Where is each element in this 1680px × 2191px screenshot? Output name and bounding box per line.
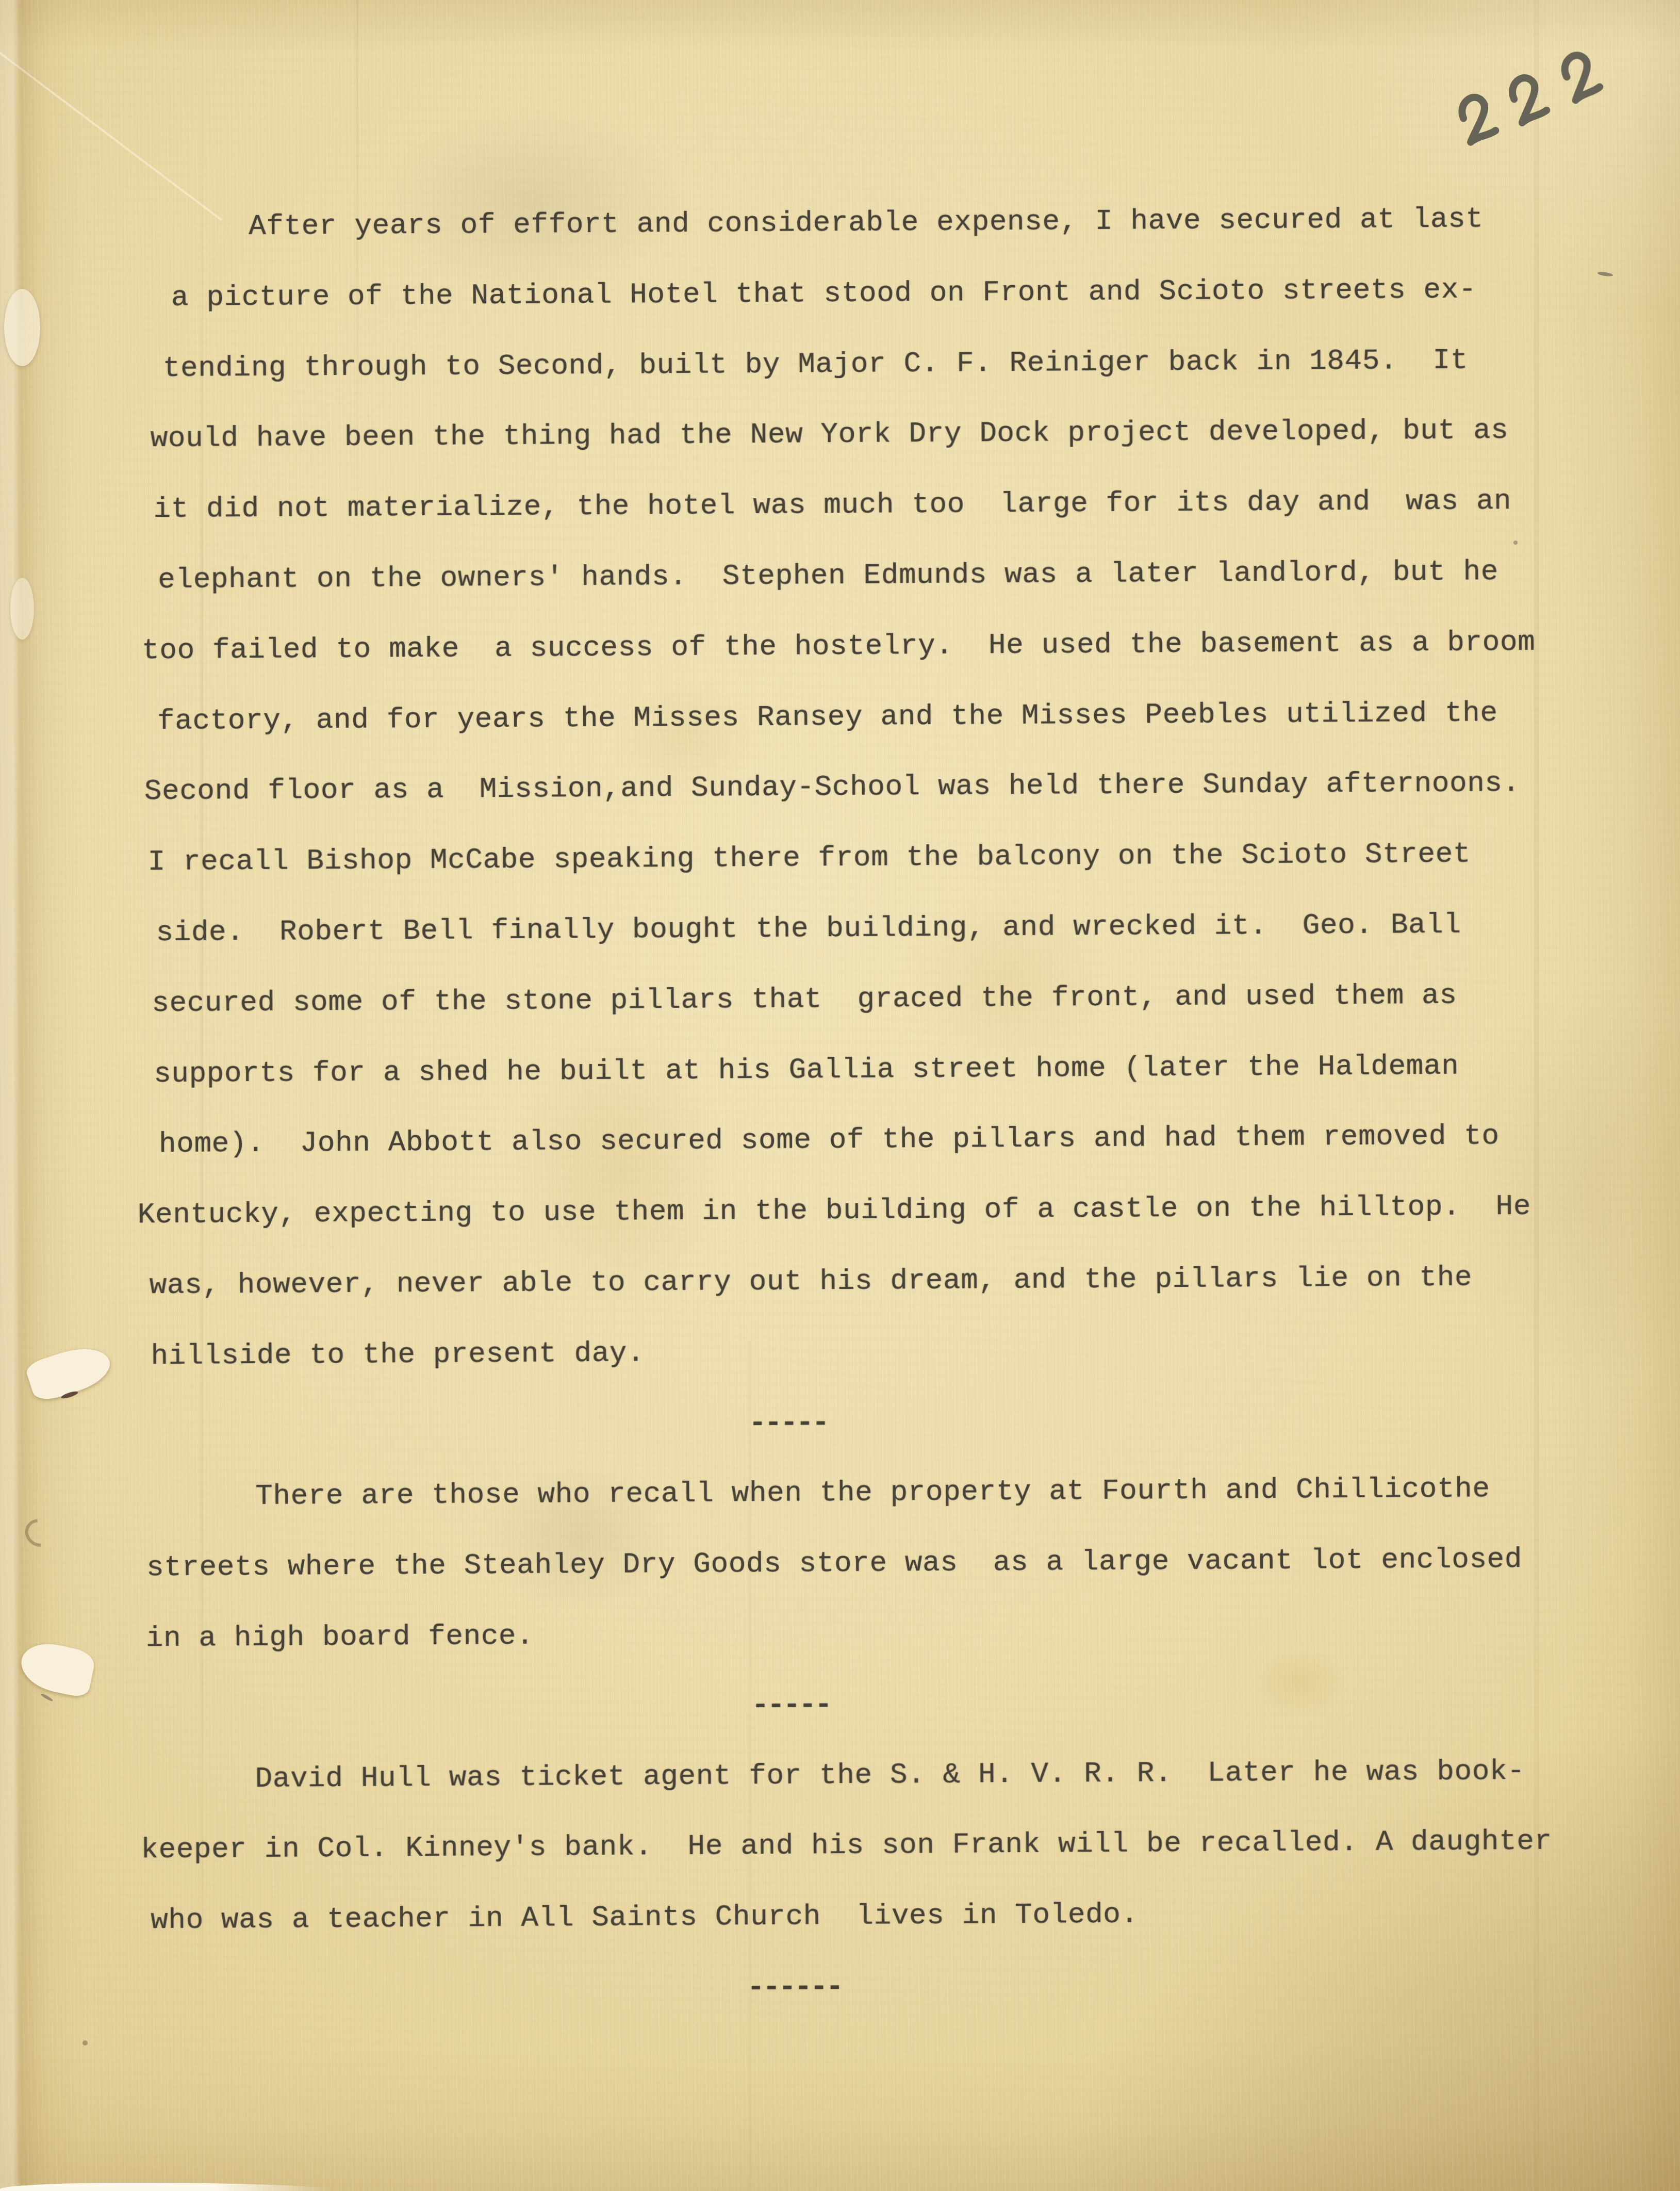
typewritten-line: too failed to make a success of the host… — [142, 626, 1536, 667]
typewritten-line: home). John Abbott also secured some of … — [159, 1119, 1500, 1160]
document-page: After years of effort and considerable e… — [0, 0, 1680, 2191]
typewritten-line: in a high board fence. — [146, 1620, 534, 1655]
typewritten-line: keeper in Col. Kinney's bank. He and his… — [141, 1825, 1552, 1867]
typewritten-line: I recall Bishop McCabe speaking there fr… — [147, 838, 1471, 879]
separator-dashes: ----- — [751, 1688, 830, 1722]
typewritten-line: elephant on the owners' hands. Stephen E… — [158, 555, 1498, 596]
typewritten-line: tending through to Second, built by Majo… — [163, 344, 1469, 385]
typewritten-line: Kentucky, expecting to use them in the b… — [138, 1190, 1531, 1232]
typewritten-line: After years of effort and considerable e… — [249, 202, 1484, 243]
typewritten-line: There are those who recall when the prop… — [255, 1472, 1490, 1513]
typewritten-line: factory, and for years the Misses Ransey… — [157, 696, 1498, 738]
typewritten-line: a picture of the National Hotel that sto… — [171, 273, 1477, 314]
typewritten-line: it did not materialize, the hotel was mu… — [153, 484, 1511, 526]
typewritten-line: would have been the thing had the New Yo… — [150, 414, 1508, 455]
typewritten-line: was, however, never able to carry out hi… — [149, 1261, 1472, 1302]
typewritten-line: side. Robert Bell finally bought the bui… — [156, 908, 1461, 949]
typewritten-line: hillside to the present day. — [151, 1336, 645, 1372]
typewritten-line: Second floor as a Mission,and Sunday-Sch… — [144, 766, 1520, 808]
separator-dashes: ------ — [747, 1970, 842, 2004]
typewritten-line: who was a teacher in All Saints Church l… — [151, 1898, 1139, 1937]
typewritten-line: supports for a shed he built at his Gall… — [154, 1050, 1459, 1090]
separator-dashes: ----- — [749, 1406, 828, 1440]
typewritten-line: secured some of the stone pillars that g… — [152, 979, 1457, 1020]
typewritten-line: streets where the Steahley Dry Goods sto… — [146, 1543, 1522, 1584]
typewritten-line: David Hull was ticket agent for the S. &… — [255, 1755, 1525, 1795]
typewritten-text: After years of effort and considerable e… — [0, 0, 1680, 2191]
